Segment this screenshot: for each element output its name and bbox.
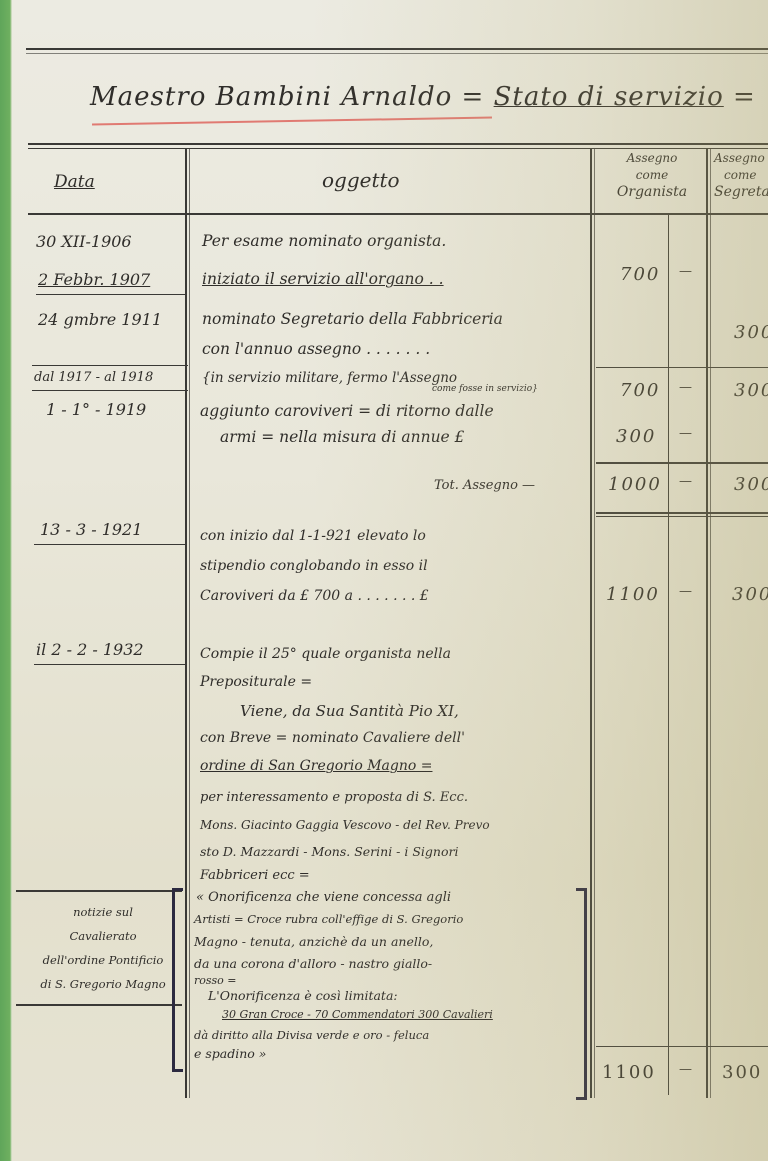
row-text: stipendio conglobando in esso il: [200, 558, 428, 574]
organist-cents: —: [679, 474, 694, 489]
organist-amount: 700: [620, 380, 660, 401]
table-top-rule: [28, 143, 768, 145]
row-date: 1 - 1° - 1919: [46, 400, 146, 419]
title-status: Stato di servizio: [494, 82, 724, 112]
col-divider-cents: [668, 215, 669, 1095]
final-separator: [596, 1046, 768, 1047]
title-separator: =: [462, 82, 485, 112]
row-date: 30 XII-1906: [36, 232, 132, 251]
total-bottom-rule2: [596, 516, 768, 517]
col-divider-date: [185, 148, 187, 1098]
table-top-rule2: [28, 148, 768, 149]
total-bottom-rule: [596, 512, 768, 514]
row-text: Prepositurale =: [200, 674, 312, 690]
top-rule-inner: [26, 53, 768, 54]
row-text: Caroviveri da £ 700 a . . . . . . . £: [200, 588, 429, 604]
side-note-top-rule: [16, 890, 182, 892]
title-end: =: [733, 82, 756, 112]
column-header-organist: Assegno come Organista: [600, 150, 704, 201]
col-divider-date2: [189, 148, 190, 1098]
top-rule: [26, 48, 768, 50]
row-text: ordine di San Gregorio Magno =: [200, 758, 432, 774]
col-divider-object2: [594, 148, 595, 1098]
organist-cents: —: [679, 380, 694, 395]
row-date: 13 - 3 - 1921: [40, 520, 142, 539]
organist-amount: 1100: [606, 584, 660, 605]
row-text: come fosse in servizio}: [432, 384, 538, 394]
row-text: sto D. Mazzardi - Mons. Serini - i Signo…: [200, 844, 458, 859]
organist-cents: —: [679, 426, 694, 441]
row-date: 24 gmbre 1911: [38, 310, 162, 329]
red-underline: [92, 117, 492, 126]
row-text: 30 Gran Croce - 70 Commendatori 300 Cava…: [222, 1008, 493, 1021]
row-text: armi = nella misura di annue £: [220, 428, 465, 446]
row-text: Per esame nominato organista.: [202, 232, 446, 250]
row-text: Artisti = Croce rubra coll'effige di S. …: [194, 912, 463, 926]
date-underline: [34, 664, 186, 665]
ledger-page: Maestro Bambini Arnaldo = Stato di servi…: [12, 0, 768, 1161]
row-text: {in servizio militare, fermo l'Assegno: [202, 370, 457, 386]
row-date: dal 1917 - al 1918: [34, 370, 153, 385]
title-name: Maestro Bambini Arnaldo: [90, 82, 452, 112]
row-text: con l'annuo assegno . . . . . . .: [202, 340, 430, 358]
organist-amount: 300: [616, 426, 656, 447]
row-date: il 2 - 2 - 1932: [36, 640, 144, 659]
row-text: dà diritto alla Divisa verde e oro - fel…: [194, 1028, 429, 1042]
col-divider-organist: [706, 148, 708, 1098]
side-note-bottom-rule: [16, 1004, 182, 1006]
right-bracket: [576, 888, 587, 1100]
left-bracket: [172, 888, 183, 1072]
organist-total: 1000: [608, 474, 662, 495]
row-text: per interessamento e proposta di S. Ecc.: [200, 790, 468, 805]
row-text: Magno - tenuta, anzichè da un anello,: [194, 934, 433, 949]
row-text: con inizio dal 1-1-921 elevato lo: [200, 528, 426, 544]
row-text: rosso =: [194, 974, 237, 987]
organist-amount: 700: [620, 264, 660, 285]
date-underline: [32, 390, 188, 391]
row-separator: [32, 365, 188, 366]
organist-cents: —: [679, 264, 694, 279]
row-text: Mons. Giacinto Gaggia Vescovo - del Rev.…: [200, 818, 490, 832]
date-underline: [36, 294, 186, 295]
column-header-secretary: Assegno come Segretario: [714, 150, 768, 201]
row-text: Compie il 25° quale organista nella: [200, 646, 451, 662]
column-header-object: oggetto: [322, 168, 400, 192]
column-header-date: Data: [54, 172, 95, 192]
page-title: Maestro Bambini Arnaldo = Stato di servi…: [90, 82, 756, 112]
row-text: L'Onorificenza è così limitata:: [208, 988, 398, 1003]
secretary-amount: 300: [734, 322, 768, 343]
side-note: notizie sul Cavalierato dell'ordine Pont…: [26, 900, 180, 996]
organist-final-amount: 1100: [602, 1062, 656, 1083]
row-text: da una corona d'alloro - nastro giallo-: [194, 956, 432, 971]
row-text: nominato Segretario della Fabbriceria: [202, 310, 503, 328]
row-text: iniziato il servizio all'organo . .: [202, 270, 444, 288]
row-date: 2 Febbr. 1907: [38, 270, 150, 289]
col-divider-organist2: [710, 148, 711, 1098]
secretary-amount: 300: [734, 380, 768, 401]
secretary-amount: 300: [732, 584, 768, 605]
row-text: Viene, da Sua Santità Pio XI,: [240, 702, 459, 720]
row-text: e spadino »: [194, 1046, 266, 1061]
row-text: aggiunto caroviveri = di ritorno dalle: [200, 402, 494, 420]
col-divider-object: [590, 148, 592, 1098]
total-label: Tot. Assegno —: [434, 478, 535, 493]
organist-cents: —: [679, 584, 694, 599]
secretary-total: 300: [734, 474, 768, 495]
organist-cents: —: [679, 1062, 694, 1077]
secretary-final-amount: 300: [722, 1062, 762, 1083]
header-bottom-rule: [28, 213, 768, 215]
row-separator: [596, 367, 768, 368]
row-text: « Onorificenza che viene concessa agli: [196, 890, 451, 905]
date-underline: [34, 544, 186, 545]
row-text: Fabbriceri ecc =: [200, 868, 310, 883]
total-separator: [596, 462, 768, 464]
row-text: con Breve = nominato Cavaliere dell': [200, 730, 465, 746]
